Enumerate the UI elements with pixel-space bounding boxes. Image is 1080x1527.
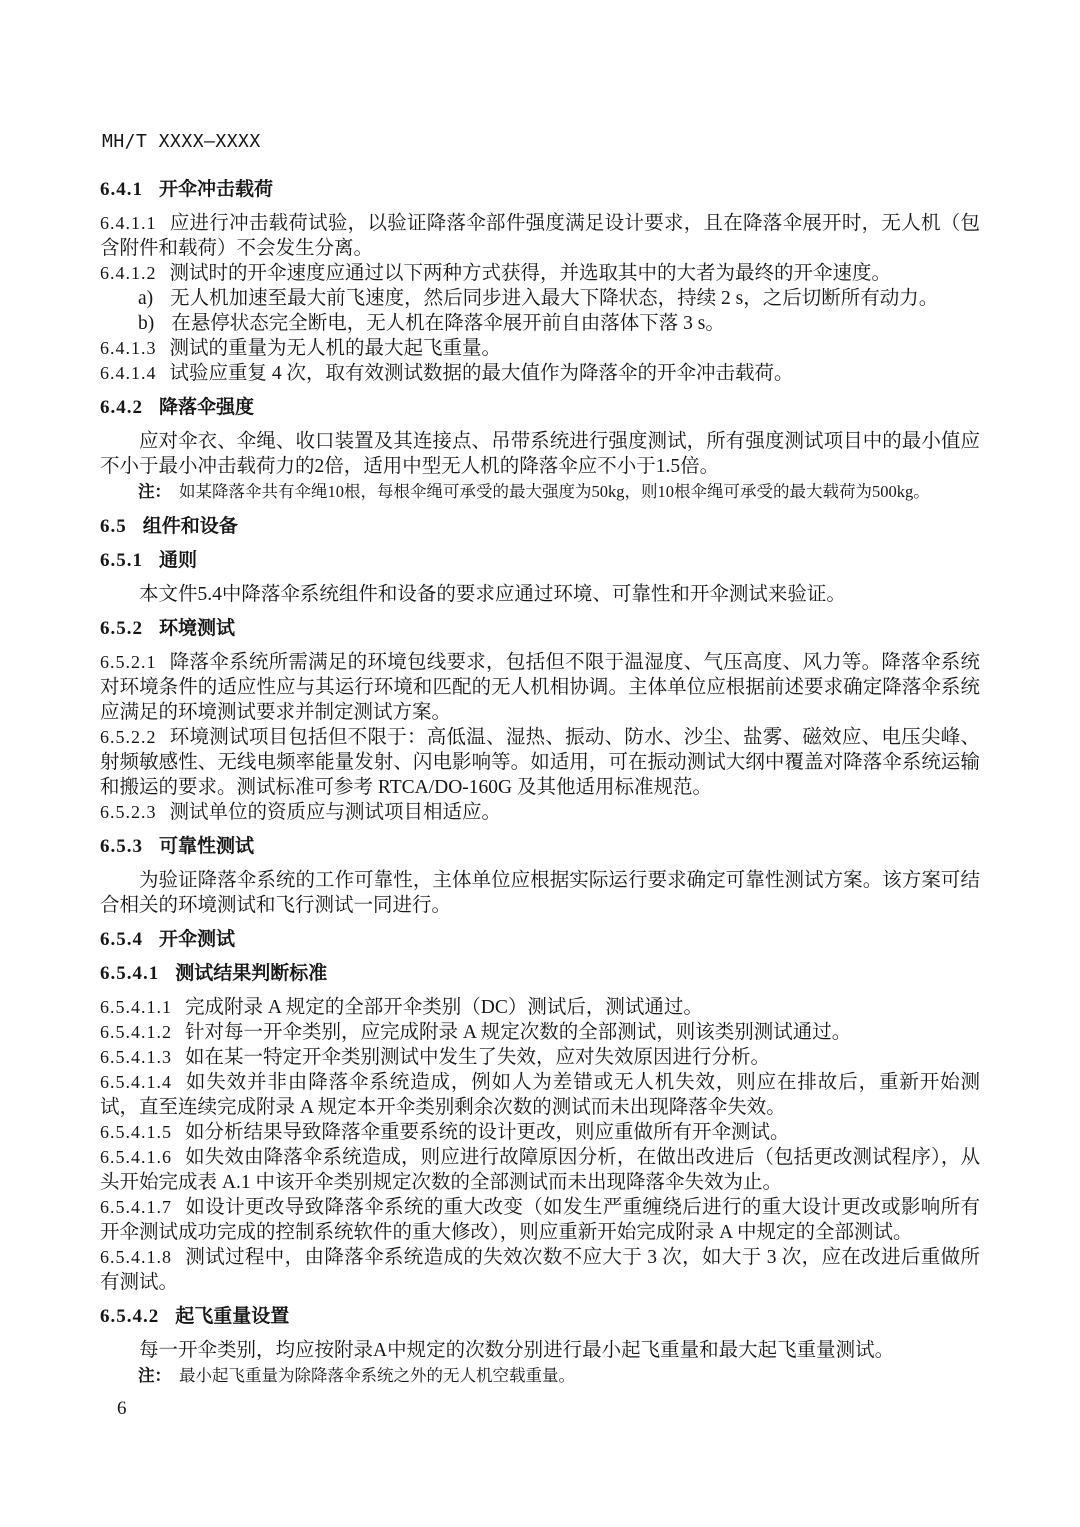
clause-number: 6.4.1.1: [100, 213, 157, 233]
paragraph-reliability: 为验证降落伞系统的工作可靠性，主体单位应根据实际运行要求确定可靠性测试方案。该方…: [100, 868, 980, 918]
clause-6-5-4-1-1: 6.5.4.1.1完成附录 A 规定的全部开伞类别（DC）测试后，测试通过。: [100, 995, 980, 1020]
clause-number: 6.5.4.1.1: [100, 997, 172, 1017]
paragraph-general: 本文件5.4中降落伞系统组件和设备的要求应通过环境、可靠性和开伞测试来验证。: [100, 582, 980, 607]
section-title: 环境测试: [159, 618, 235, 639]
clause-text: 测试的重量为无人机的最大起飞重量。: [170, 338, 502, 359]
section-number: 6.5.4.2: [100, 1306, 159, 1327]
clause-6-4-1-3: 6.4.1.3测试的重量为无人机的最大起飞重量。: [100, 336, 980, 361]
section-title: 可靠性测试: [159, 836, 254, 857]
clause-6-5-4-1-2: 6.5.4.1.2针对每一开伞类别，应完成附录 A 规定次数的全部测试，则该类别…: [100, 1020, 980, 1045]
section-heading-6-5-4: 6.5.4开伞测试: [100, 927, 980, 952]
section-heading-6-5-1: 6.5.1通则: [100, 548, 980, 573]
document-code: MH/T XXXX—XXXX: [102, 131, 261, 152]
list-text: 在悬停状态完全断电，无人机在降落伞展开前自由落体下落 3 s。: [171, 313, 725, 334]
list-marker: a): [138, 288, 153, 309]
clause-text: 如失效由降落伞系统造成，则应进行故障原因分析，在做出改进后（包括更改测试程序），…: [100, 1147, 980, 1193]
section-number: 6.5.3: [100, 836, 143, 857]
section-title: 测试结果判断标准: [175, 963, 327, 984]
clause-6-5-4-1-3: 6.5.4.1.3如在某一特定开伞类别测试中发生了失效，应对失效原因进行分析。: [100, 1045, 980, 1070]
section-heading-6-5: 6.5组件和设备: [100, 514, 980, 539]
clause-6-5-2-1: 6.5.2.1降落伞系统所需满足的环境包线要求，包括但不限于温湿度、气压高度、风…: [100, 650, 980, 725]
section-title: 开伞测试: [159, 929, 235, 950]
document-page: MH/T XXXX—XXXX 6.4.1开伞冲击载荷 6.4.1.1应进行冲击载…: [0, 0, 1080, 1527]
clause-6-5-4-1-4: 6.5.4.1.4如失效并非由降落伞系统造成，例如人为差错或无人机失效，则应在排…: [100, 1070, 980, 1120]
clause-text: 测试过程中，由降落伞系统造成的失效次数不应大于 3 次，如大于 3 次，应在改进…: [100, 1247, 980, 1293]
section-number: 6.5.4.1: [100, 963, 159, 984]
clause-text: 应进行冲击载荷试验，以验证降落伞部件强度满足设计要求，且在降落伞展开时，无人机（…: [100, 213, 980, 259]
clause-text: 试验应重复 4 次，取有效测试数据的最大值作为降落伞的开伞冲击载荷。: [170, 363, 794, 384]
clause-6-4-1-4: 6.4.1.4试验应重复 4 次，取有效测试数据的最大值作为降落伞的开伞冲击载荷…: [100, 361, 980, 386]
clause-number: 6.5.4.1.3: [100, 1047, 172, 1067]
note-strength: 注：如某降落伞共有伞绳10根，每根伞绳可承受的最大强度为50kg，则10根伞绳可…: [100, 479, 980, 505]
clause-text: 如失效并非由降落伞系统造成，例如人为差错或无人机失效，则应在排故后，重新开始测试…: [100, 1072, 980, 1118]
clause-6-4-1-2: 6.4.1.2测试时的开伞速度应通过以下两种方式获得，并选取其中的大者为最终的开…: [100, 261, 980, 286]
note-label: 注：: [138, 483, 171, 501]
section-title: 开伞冲击载荷: [159, 179, 273, 200]
clause-text: 如在某一特定开伞类别测试中发生了失效，应对失效原因进行分析。: [185, 1047, 770, 1068]
section-title: 降落伞强度: [159, 397, 254, 418]
section-heading-6-5-4-2: 6.5.4.2起飞重量设置: [100, 1304, 980, 1329]
clause-number: 6.5.4.1.2: [100, 1022, 172, 1042]
section-heading-6-5-2: 6.5.2环境测试: [100, 616, 980, 641]
section-heading-6-4-2: 6.4.2降落伞强度: [100, 395, 980, 420]
note-takeoff-weight: 注：最小起飞重量为除降落伞系统之外的无人机空载重量。: [100, 1363, 980, 1389]
clause-6-5-2-3: 6.5.2.3测试单位的资质应与测试项目相适应。: [100, 800, 980, 825]
clause-number: 6.5.4.1.8: [100, 1247, 172, 1267]
clause-number: 6.5.2.1: [100, 652, 157, 672]
paragraph-strength: 应对伞衣、伞绳、收口装置及其连接点、吊带系统进行强度测试，所有强度测试项目中的最…: [100, 429, 980, 479]
clause-number: 6.5.2.2: [100, 727, 157, 747]
section-number: 6.5: [100, 516, 127, 537]
section-title: 通则: [159, 550, 197, 571]
list-item-b: b)在悬停状态完全断电，无人机在降落伞展开前自由落体下落 3 s。: [100, 311, 980, 336]
section-number: 6.4.2: [100, 397, 143, 418]
clause-text: 如设计更改导致降落伞系统的重大改变（如发生严重缠绕后进行的重大设计更改或影响所有…: [100, 1197, 980, 1243]
clause-6-5-4-1-5: 6.5.4.1.5如分析结果导致降落伞重要系统的设计更改，则应重做所有开伞测试。: [100, 1120, 980, 1145]
clause-number: 6.5.4.1.4: [100, 1072, 172, 1092]
clause-number: 6.5.4.1.7: [100, 1197, 172, 1217]
clause-number: 6.4.1.4: [100, 363, 157, 383]
section-number: 6.5.2: [100, 618, 143, 639]
section-number: 6.4.1: [100, 179, 143, 200]
clause-number: 6.5.4.1.6: [100, 1147, 172, 1167]
section-heading-6-5-3: 6.5.3可靠性测试: [100, 834, 980, 859]
paragraph-takeoff-weight: 每一开伞类别，均应按附录A中规定的次数分别进行最小起飞重量和最大起飞重量测试。: [100, 1338, 980, 1363]
section-heading-6-4-1: 6.4.1开伞冲击载荷: [100, 177, 980, 202]
note-label: 注：: [138, 1367, 171, 1385]
section-number: 6.5.4: [100, 929, 143, 950]
clause-text: 环境测试项目包括但不限于：高低温、湿热、振动、防水、沙尘、盐雾、磁效应、电压尖峰…: [100, 727, 980, 798]
document-body: 6.4.1开伞冲击载荷 6.4.1.1应进行冲击载荷试验，以验证降落伞部件强度满…: [100, 168, 980, 1389]
clause-6-5-4-1-6: 6.5.4.1.6如失效由降落伞系统造成，则应进行故障原因分析，在做出改进后（包…: [100, 1145, 980, 1195]
note-text: 如某降落伞共有伞绳10根，每根伞绳可承受的最大强度为50kg，则10根伞绳可承受…: [179, 482, 930, 501]
clause-text: 完成附录 A 规定的全部开伞类别（DC）测试后，测试通过。: [185, 997, 703, 1018]
list-item-a: a)无人机加速至最大前飞速度，然后同步进入最大下降状态，持续 2 s，之后切断所…: [100, 286, 980, 311]
clause-6-5-4-1-8: 6.5.4.1.8测试过程中，由降落伞系统造成的失效次数不应大于 3 次，如大于…: [100, 1245, 980, 1295]
clause-number: 6.4.1.2: [100, 263, 157, 283]
clause-6-5-2-2: 6.5.2.2环境测试项目包括但不限于：高低温、湿热、振动、防水、沙尘、盐雾、磁…: [100, 725, 980, 800]
section-heading-6-5-4-1: 6.5.4.1测试结果判断标准: [100, 961, 980, 986]
list-text: 无人机加速至最大前飞速度，然后同步进入最大下降状态，持续 2 s，之后切断所有动…: [170, 288, 938, 309]
clause-text: 针对每一开伞类别，应完成附录 A 规定次数的全部测试，则该类别测试通过。: [185, 1022, 851, 1043]
section-title: 组件和设备: [143, 516, 238, 537]
list-marker: b): [138, 313, 154, 334]
section-title: 起飞重量设置: [175, 1306, 289, 1327]
section-number: 6.5.1: [100, 550, 143, 571]
page-number: 6: [117, 1398, 127, 1420]
clause-text: 如分析结果导致降落伞重要系统的设计更改，则应重做所有开伞测试。: [185, 1122, 790, 1143]
clause-text: 测试单位的资质应与测试项目相适应。: [170, 802, 502, 823]
clause-number: 6.5.4.1.5: [100, 1122, 172, 1142]
clause-text: 测试时的开伞速度应通过以下两种方式获得，并选取其中的大者为最终的开伞速度。: [170, 263, 892, 284]
clause-number: 6.4.1.3: [100, 338, 157, 358]
note-text: 最小起飞重量为除降落伞系统之外的无人机空载重量。: [179, 1366, 575, 1385]
clause-text: 降落伞系统所需满足的环境包线要求，包括但不限于温湿度、气压高度、风力等。降落伞系…: [100, 652, 980, 723]
clause-6-5-4-1-7: 6.5.4.1.7如设计更改导致降落伞系统的重大改变（如发生严重缠绕后进行的重大…: [100, 1195, 980, 1245]
clause-6-4-1-1: 6.4.1.1应进行冲击载荷试验，以验证降落伞部件强度满足设计要求，且在降落伞展…: [100, 211, 980, 261]
clause-number: 6.5.2.3: [100, 802, 157, 822]
